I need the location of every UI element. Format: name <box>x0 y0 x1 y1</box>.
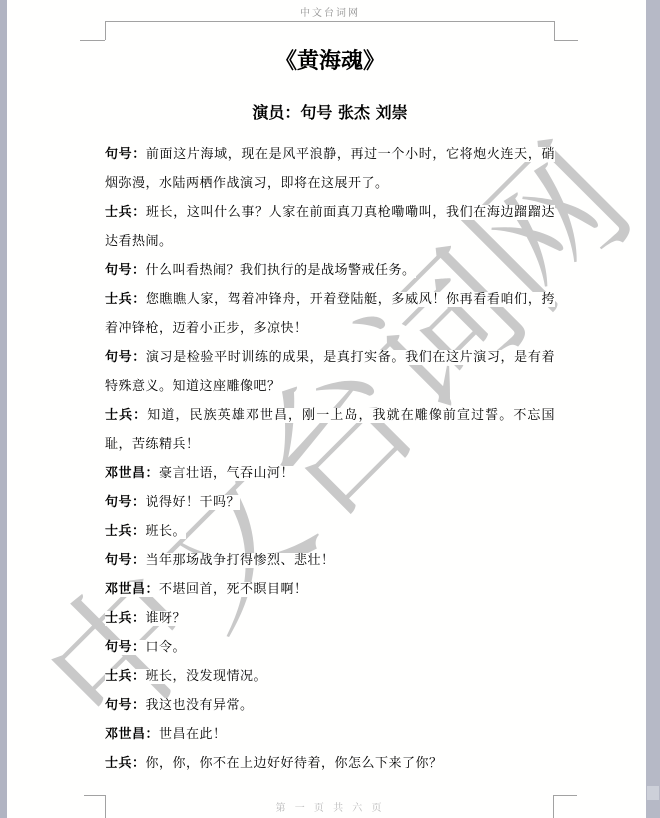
dialogue-text: 不堪回首，死不瞑目啊！ <box>159 582 308 597</box>
speaker-colon: ： <box>132 640 146 655</box>
dialogue-paragraph: 句号：演习是检验平时训练的成果，是真打实备。我们在这片演习，是有着特殊意义。知道… <box>105 343 555 401</box>
speaker-name: 士兵 <box>105 669 132 684</box>
speaker-name: 士兵 <box>105 611 132 626</box>
dialogue-text: 班长，没发现情况。 <box>146 669 268 684</box>
dialogue-line: 句号：我这也没有异常。 <box>105 698 254 713</box>
speaker-colon: ： <box>132 263 146 278</box>
speaker-colon: ： <box>132 205 146 220</box>
scrollbar-thumb[interactable] <box>647 786 659 800</box>
page-header-text: 中文台词网 <box>0 4 660 19</box>
speaker-colon: ： <box>132 756 146 771</box>
speaker-colon: ： <box>132 669 146 684</box>
dialogue-paragraph: 士兵：您瞧瞧人家，驾着冲锋舟，开着登陆艇，多威风！你再看看咱们，挎着冲锋枪，迈着… <box>105 285 555 343</box>
speaker-name: 邓世昌 <box>105 727 146 742</box>
app-background-left-strip <box>0 0 7 818</box>
speaker-colon: ： <box>132 147 146 162</box>
speaker-name: 句号 <box>105 495 132 510</box>
speaker-name: 句号 <box>105 553 132 568</box>
document-page: { "page": { "header": "中文台词网", "footer":… <box>0 0 660 818</box>
speaker-colon: ： <box>132 698 146 713</box>
dialogue-paragraph: 邓世昌：不堪回首，死不瞑目啊！ <box>105 575 555 604</box>
speaker-name: 士兵 <box>105 292 132 307</box>
dialogue-paragraph: 士兵：班长，没发现情况。 <box>105 662 555 691</box>
dialogue-line: 士兵：班长，没发现情况。 <box>105 669 267 684</box>
dialogue-text: 说得好！干吗？ <box>146 495 241 510</box>
dialogue-paragraph: 邓世昌：豪言壮语，气吞山河！ <box>105 459 555 488</box>
scrollbar-track[interactable] <box>646 0 660 818</box>
dialogue-text: 您瞧瞧人家，驾着冲锋舟，开着登陆艇，多威风！你再看看咱们，挎着冲锋枪，迈着小正步… <box>105 292 555 336</box>
dialogue-text: 谁呀？ <box>146 611 187 626</box>
dialogue-text: 演习是检验平时训练的成果，是真打实备。我们在这片演习，是有着特殊意义。知道这座雕… <box>105 350 555 394</box>
dialogue-text: 世昌在此！ <box>159 727 227 742</box>
dialogue-line: 句号：什么叫看热闹？我们执行的是战场警戒任务。 <box>105 263 416 278</box>
dialogue-line: 士兵：班长。 <box>105 524 186 539</box>
speaker-colon: ： <box>132 350 146 365</box>
dialogue-paragraph: 句号：前面这片海域，现在是风平浪静，再过一个小时，它将炮火连天，硝烟弥漫，水陆两… <box>105 140 555 198</box>
dialogue-text: 豪言壮语，气吞山河！ <box>159 466 294 481</box>
speaker-colon: ： <box>132 292 146 307</box>
dialogue-list: 句号：前面这片海域，现在是风平浪静，再过一个小时，它将炮火连天，硝烟弥漫，水陆两… <box>105 140 555 778</box>
speaker-name: 句号 <box>105 640 132 655</box>
dialogue-text: 口令。 <box>146 640 187 655</box>
dialogue-text: 我这也没有异常。 <box>146 698 254 713</box>
speaker-colon: ： <box>146 727 160 742</box>
speaker-colon: ： <box>132 611 146 626</box>
dialogue-text: 什么叫看热闹？我们执行的是战场警戒任务。 <box>146 263 416 278</box>
speaker-name: 邓世昌 <box>105 466 146 481</box>
speaker-name: 士兵 <box>105 524 132 539</box>
dialogue-line: 士兵：谁呀？ <box>105 611 186 626</box>
speaker-name: 士兵 <box>105 756 132 771</box>
margin-mark-top-left-tick <box>80 40 105 41</box>
dialogue-line: 句号：演习是检验平时训练的成果，是真打实备。我们在这片演习，是有着特殊意义。知道… <box>105 350 555 394</box>
margin-mark-top-left-vertical <box>105 21 106 40</box>
dialogue-paragraph: 士兵：班长。 <box>105 517 555 546</box>
dialogue-line: 句号：说得好！干吗？ <box>105 495 240 510</box>
speaker-colon: ： <box>132 553 146 568</box>
speaker-name: 句号 <box>105 263 132 278</box>
dialogue-line: 邓世昌：豪言壮语，气吞山河！ <box>105 466 294 481</box>
cast-line: 演员：句号 张杰 刘崇 <box>105 102 555 123</box>
speaker-name: 士兵 <box>105 205 132 220</box>
speaker-colon: ： <box>146 582 160 597</box>
speaker-name: 句号 <box>105 698 132 713</box>
speaker-name: 邓世昌 <box>105 582 146 597</box>
speaker-name: 句号 <box>105 147 132 162</box>
speaker-colon: ： <box>146 466 160 481</box>
speaker-colon: ： <box>132 524 146 539</box>
dialogue-paragraph: 士兵：班长，这叫什么事？人家在前面真刀真枪嘞嘞叫，我们在海边蹓蹓达达看热闹。 <box>105 198 555 256</box>
dialogue-text: 班长。 <box>146 524 187 539</box>
dialogue-paragraph: 邓世昌：世昌在此！ <box>105 720 555 749</box>
margin-mark-top-right-tick <box>554 40 578 41</box>
dialogue-paragraph: 士兵：谁呀？ <box>105 604 555 633</box>
dialogue-line: 邓世昌：世昌在此！ <box>105 727 227 742</box>
dialogue-paragraph: 句号：口令。 <box>105 633 555 662</box>
dialogue-line: 邓世昌：不堪回首，死不瞑目啊！ <box>105 582 308 597</box>
dialogue-line: 句号：前面这片海域，现在是风平浪静，再过一个小时，它将炮火连天，硝烟弥漫，水陆两… <box>105 147 555 191</box>
script-title: 《黄海魂》 <box>105 48 555 75</box>
dialogue-paragraph: 句号：当年那场战争打得惨烈、悲壮！ <box>105 546 555 575</box>
dialogue-text: 班长，这叫什么事？人家在前面真刀真枪嘞嘞叫，我们在海边蹓蹓达达看热闹。 <box>105 205 555 249</box>
dialogue-text: 知道，民族英雄邓世昌，刚一上岛，我就在雕像前宣过誓。不忘国耻，苦练精兵！ <box>105 408 555 452</box>
document-content: 《黄海魂》 演员：句号 张杰 刘崇 句号：前面这片海域，现在是风平浪静，再过一个… <box>105 48 555 778</box>
dialogue-line: 士兵：您瞧瞧人家，驾着冲锋舟，开着登陆艇，多威风！你再看看咱们，挎着冲锋枪，迈着… <box>105 292 555 336</box>
dialogue-line: 士兵：知道，民族英雄邓世昌，刚一上岛，我就在雕像前宣过誓。不忘国耻，苦练精兵！ <box>105 408 555 452</box>
dialogue-text: 你，你，你不在上边好好待着，你怎么下来了你？ <box>146 756 443 771</box>
dialogue-paragraph: 句号：什么叫看热闹？我们执行的是战场警戒任务。 <box>105 256 555 285</box>
dialogue-paragraph: 句号：我这也没有异常。 <box>105 691 555 720</box>
dialogue-paragraph: 士兵：你，你，你不在上边好好待着，你怎么下来了你？ <box>105 749 555 778</box>
speaker-colon: ： <box>132 495 146 510</box>
speaker-name: 句号 <box>105 350 132 365</box>
dialogue-text: 当年那场战争打得惨烈、悲壮！ <box>146 553 335 568</box>
dialogue-line: 句号：口令。 <box>105 640 186 655</box>
dialogue-paragraph: 士兵：知道，民族英雄邓世昌，刚一上岛，我就在雕像前宣过誓。不忘国耻，苦练精兵！ <box>105 401 555 459</box>
speaker-name: 士兵 <box>105 408 133 423</box>
page-number-footer: 第 一 页 共 六 页 <box>0 799 660 814</box>
dialogue-paragraph: 句号：说得好！干吗？ <box>105 488 555 517</box>
margin-mark-bottom-right-tick <box>553 795 577 796</box>
header-boundary-line <box>105 21 555 22</box>
dialogue-line: 士兵：班长，这叫什么事？人家在前面真刀真枪嘞嘞叫，我们在海边蹓蹓达达看热闹。 <box>105 205 555 249</box>
margin-mark-top-right-vertical <box>554 21 555 40</box>
dialogue-line: 士兵：你，你，你不在上边好好待着，你怎么下来了你？ <box>105 756 443 771</box>
dialogue-text: 前面这片海域，现在是风平浪静，再过一个小时，它将炮火连天，硝烟弥漫，水陆两栖作战… <box>105 147 555 191</box>
dialogue-line: 句号：当年那场战争打得惨烈、悲壮！ <box>105 553 335 568</box>
margin-mark-bottom-left-tick <box>84 795 105 796</box>
speaker-colon: ： <box>133 408 147 423</box>
